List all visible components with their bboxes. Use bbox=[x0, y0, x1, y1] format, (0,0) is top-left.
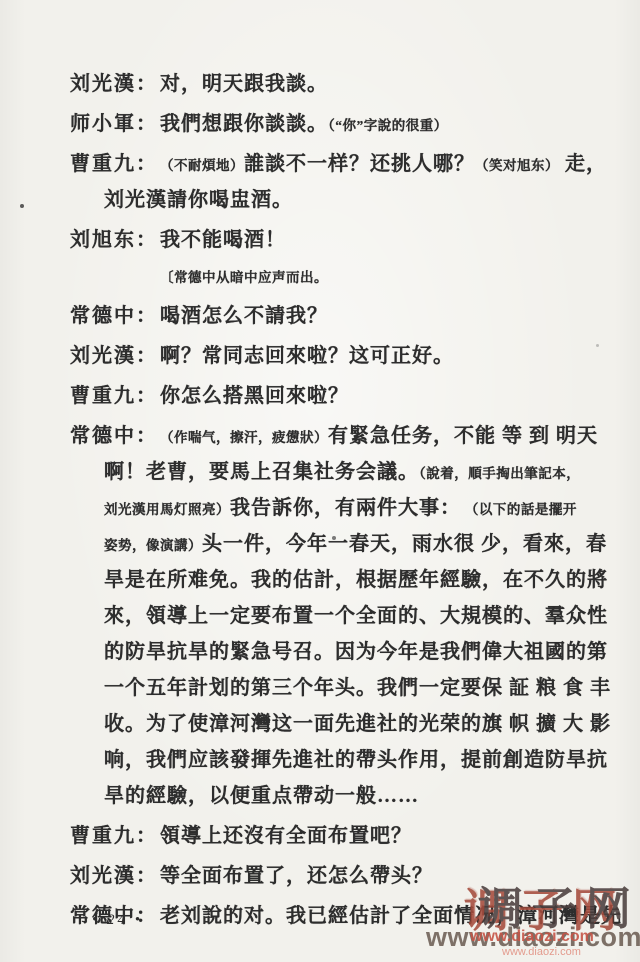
stage-note: （“你”字說的很重） bbox=[328, 118, 448, 133]
dialogue-continuation-line: 刘光漢用馬灯照亮）我告訴你，有兩件大事： （以下的話是擺开 bbox=[70, 490, 615, 526]
dialogue-text: 來，領導上一定要布置一个全面的、大規模的、羣众性 bbox=[104, 605, 608, 627]
dialogue-text: 喝酒怎么不請我？ bbox=[160, 305, 328, 327]
dialogue-continuation-line: 旱的經驗，以便重点帶动一般…… bbox=[70, 778, 615, 814]
dialogue-text: 走， bbox=[559, 153, 607, 175]
dialogue-text: 响，我們应該發揮先進社的帶头作用，提前創造防旱抗 bbox=[104, 749, 608, 771]
dialogue-text: 刘光漢請你喝盅酒。 bbox=[104, 189, 293, 211]
dialogue-text: 的防旱抗旱的緊急号召。因为今年是我們偉大祖國的第 bbox=[104, 641, 608, 663]
dialogue-text: 旱是在所难免。我的估計，根据歷年經驗，在不久的將 bbox=[104, 569, 608, 591]
dialogue-continuation-line: 一个五年計划的第三个年头。我們一定要保 証 粮 食 丰 bbox=[70, 670, 615, 706]
dialogue-continuation-line: 姿势，像演講）头一件，今年一春天，雨水很 少，看來，春 bbox=[70, 526, 615, 562]
dialogue-text: 領導上还沒有全面布置吧？ bbox=[160, 825, 412, 847]
script-body: 刘光漢：对，明天跟我談。师小軍：我們想跟你談談。（“你”字說的很重）曹重九：（不… bbox=[70, 62, 615, 934]
dialogue-text: 旱的經驗，以便重点帶动一般…… bbox=[104, 785, 419, 807]
dialogue-continuation-line: 來，領導上一定要布置一个全面的、大規模的、羣众性 bbox=[70, 598, 615, 634]
dialogue-continuation-line: 响，我們应該發揮先進社的帶头作用，提前創造防旱抗 bbox=[70, 742, 615, 778]
dialogue-text: 老刘說的对。我已經估計了全面情况，漳河灣是先 bbox=[160, 905, 622, 927]
dialogue-continuation-line: 旱是在所难免。我的估計，根据歷年經驗，在不久的將 bbox=[70, 562, 615, 598]
dialogue-line: 刘光漢：啊？常同志回來啦？这可正好。 bbox=[70, 338, 615, 374]
dialogue-line: 刘光漢：对，明天跟我談。 bbox=[70, 66, 615, 102]
dialogue-line: 曹重九：（不耐煩地）誰談不一样？还挑人哪？（笑对旭东） 走， bbox=[70, 146, 615, 182]
dialogue-line: 常德中：（作喘气，擦汗，疲憊狀）有緊急任务，不能 等 到 明天 bbox=[70, 418, 615, 454]
speaker-name: 师小軍： bbox=[70, 106, 160, 142]
dialogue-line: 师小軍：我們想跟你談談。（“你”字說的很重） bbox=[70, 106, 615, 142]
speaker-name: 常德中： bbox=[70, 418, 160, 454]
speaker-name: 刘光漢： bbox=[70, 338, 160, 374]
dialogue-continuation-line: 啊！老曹，要馬上召集社务会議。（說着，順手掏出筆記本， bbox=[70, 454, 615, 490]
dialogue-line: 刘旭东：我不能喝酒！ bbox=[70, 222, 615, 258]
dialogue-text: 收。为了使漳河灣这一面先進社的光荣的旗 帜 擴 大 影 bbox=[104, 713, 611, 735]
dialogue-text: 我們想跟你談談。 bbox=[160, 113, 328, 135]
scan-speck bbox=[332, 536, 336, 540]
stage-note: （說着，順手掏出筆記本， bbox=[419, 466, 580, 481]
dialogue-text: 等全面布置了，还怎么帶头？ bbox=[160, 865, 433, 887]
dialogue-text: 有緊急任务，不能 等 到 明天 bbox=[328, 425, 598, 447]
dialogue-continuation-line: 的防旱抗旱的緊急号召。因为今年是我們偉大祖國的第 bbox=[70, 634, 615, 670]
dialogue-text: 我告訴你，有兩件大事： bbox=[230, 497, 461, 519]
dialogue-text: 对，明天跟我談。 bbox=[160, 73, 328, 95]
speaker-name: 刘旭东： bbox=[70, 222, 160, 258]
dialogue-text: 一个五年計划的第三个年头。我們一定要保 証 粮 食 丰 bbox=[104, 677, 611, 699]
dialogue-continuation-line: 刘光漢請你喝盅酒。 bbox=[70, 182, 615, 218]
dialogue-text: 我不能喝酒！ bbox=[160, 229, 286, 251]
page-number: • 24 • bbox=[92, 912, 143, 929]
speaker-name: 曹重九： bbox=[70, 378, 160, 414]
dialogue-line: 常德中：老刘說的对。我已經估計了全面情况，漳河灣是先 bbox=[70, 898, 615, 934]
speaker-name: 刘光漢： bbox=[70, 858, 160, 894]
speaker-name: 常德中： bbox=[70, 298, 160, 334]
stage-note: 〔常德中从暗中应声而出。 bbox=[160, 270, 328, 285]
speaker-name: 曹重九： bbox=[70, 146, 160, 182]
stage-note: （不耐煩地） bbox=[160, 158, 244, 173]
watermark-site-url-ghost: www.diaozi.com bbox=[502, 946, 581, 958]
speaker-name: 刘光漢： bbox=[70, 66, 160, 102]
stage-note: 姿势，像演講） bbox=[104, 538, 202, 553]
dialogue-line: 刘光漢：等全面布置了，还怎么帶头？ bbox=[70, 858, 615, 894]
dialogue-text: 啊？常同志回來啦？这可正好。 bbox=[160, 345, 454, 367]
stage-note: 刘光漢用馬灯照亮） bbox=[104, 502, 230, 517]
scan-speck bbox=[20, 204, 24, 208]
speaker-name: 曹重九： bbox=[70, 818, 160, 854]
stage-note: （作喘气，擦汗，疲憊狀） bbox=[160, 430, 328, 445]
dialogue-text: 誰談不一样？还挑人哪？ bbox=[244, 153, 475, 175]
dialogue-line: 曹重九：你怎么搭黑回來啦？ bbox=[70, 378, 615, 414]
dialogue-text: 啊！老曹，要馬上召集社务会議。 bbox=[104, 461, 419, 483]
dialogue-text: 你怎么搭黑回來啦？ bbox=[160, 385, 349, 407]
dialogue-line: 常德中：喝酒怎么不請我？ bbox=[70, 298, 615, 334]
dialogue-line: 曹重九：領導上还沒有全面布置吧？ bbox=[70, 818, 615, 854]
stage-note: （笑对旭东） bbox=[475, 158, 559, 173]
dialogue-text: 头一件，今年一春天，雨水很 少，看來，春 bbox=[202, 533, 607, 555]
stage-note: （以下的話是擺开 bbox=[461, 502, 577, 517]
stage-direction-line: 〔常德中从暗中应声而出。 bbox=[70, 258, 615, 294]
dialogue-continuation-line: 收。为了使漳河灣这一面先進社的光荣的旗 帜 擴 大 影 bbox=[70, 706, 615, 742]
book-page: 刘光漢：对，明天跟我談。师小軍：我們想跟你談談。（“你”字說的很重）曹重九：（不… bbox=[0, 0, 640, 962]
scan-speck bbox=[596, 344, 599, 347]
